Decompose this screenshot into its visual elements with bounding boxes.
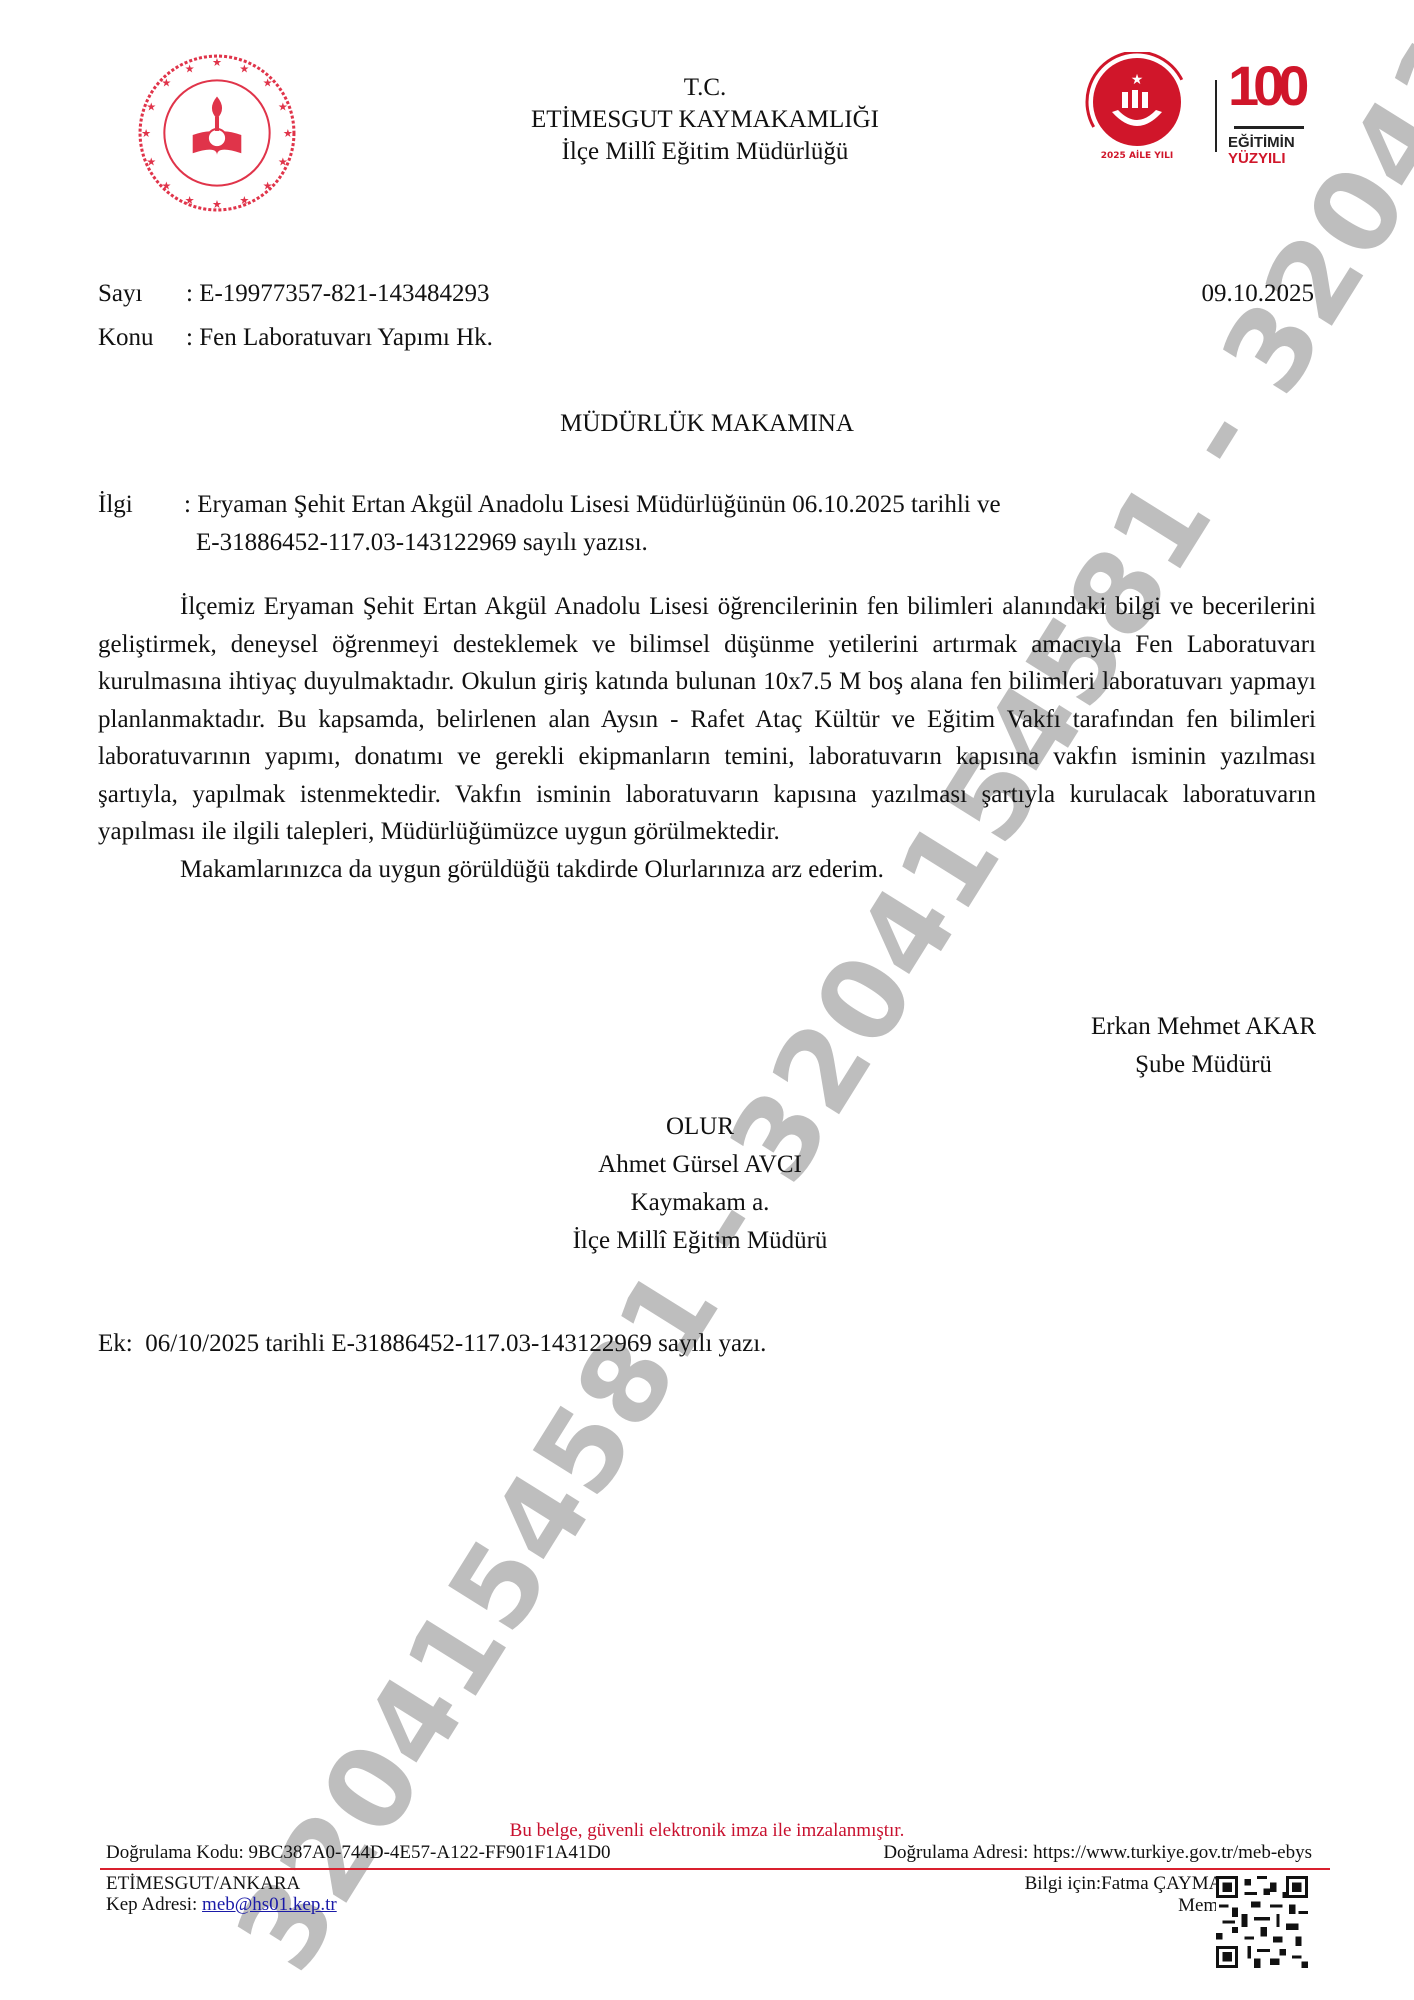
- signatory-title: Şube Müdürü: [1091, 1046, 1316, 1084]
- kep-address: Kep Adresi: meb@hs01.kep.tr: [106, 1894, 337, 1916]
- svg-text:★: ★: [239, 62, 249, 75]
- contact-info: Bilgi için:Fatma ÇAYMAZ Memur: [1025, 1873, 1234, 1917]
- svg-text:★: ★: [283, 127, 293, 140]
- svg-text:★: ★: [278, 101, 288, 114]
- ilgi-line1: : Eryaman Şehit Ertan Akgül Anadolu Lise…: [184, 491, 1001, 518]
- approval-olur: OLUR: [450, 1108, 950, 1146]
- svg-text:★: ★: [212, 56, 222, 69]
- document-date: 09.10.2025: [1202, 278, 1315, 310]
- logo-egitimin: EĞİTİMİN: [1228, 135, 1328, 151]
- qr-code-icon: [1216, 1876, 1308, 1968]
- konu-value: : Fen Laboratuvarı Yapımı Hk.: [186, 324, 493, 351]
- svg-text:★: ★: [263, 180, 273, 193]
- logo-divider: [1215, 80, 1217, 152]
- footer-city: ETİMESGUT/ANKARA: [106, 1873, 300, 1895]
- meb-seal-logo: ★ ★ ★ ★ ★ ★ ★ ★ ★ ★ ★ ★ ★ ★ ★ ★: [136, 52, 298, 214]
- ilgi-row: İlgi: Eryaman Şehit Ertan Akgül Anadolu …: [98, 489, 1001, 521]
- attachment-note: Ek: 06/10/2025 tarihli E-31886452-117.03…: [98, 1328, 766, 1360]
- konu-label: Konu: [98, 322, 186, 354]
- verification-address: Doğrulama Adresi: https://www.turkiye.go…: [883, 1842, 1312, 1864]
- signatory-name: Erkan Mehmet AKAR: [1091, 1008, 1316, 1046]
- svg-text:★: ★: [212, 198, 222, 211]
- kep-link[interactable]: meb@hs01.kep.tr: [202, 1894, 337, 1915]
- sayi-row: Sayı: E-19977357-821-143484293: [98, 278, 489, 310]
- signatory-block: Erkan Mehmet AKAR Şube Müdürü: [1091, 1008, 1316, 1084]
- body-paragraph: Makamlarınızca da uygun görüldüğü takdir…: [98, 851, 1316, 889]
- approver-title: İlçe Millî Eğitim Müdürü: [450, 1222, 950, 1260]
- contact-name: Bilgi için:Fatma ÇAYMAZ: [1025, 1873, 1234, 1895]
- svg-text:★: ★: [263, 76, 273, 89]
- logo-100: 100: [1228, 58, 1328, 114]
- svg-text:★: ★: [161, 76, 171, 89]
- verification-code: Doğrulama Kodu: 9BC387A0-744D-4E57-A122-…: [106, 1842, 611, 1864]
- svg-text:★: ★: [146, 155, 156, 168]
- svg-text:★: ★: [185, 62, 195, 75]
- aile-yili-logo: ★ 2025 AİLE YILI: [1082, 52, 1192, 162]
- egitimin-yuzyili-logo: 100 EĞİTİMİN YÜZYILI: [1228, 58, 1328, 178]
- approver-role: Kaymakam a.: [450, 1184, 950, 1222]
- svg-text:★: ★: [185, 194, 195, 207]
- konu-row: Konu: Fen Laboratuvarı Yapımı Hk.: [98, 322, 493, 354]
- svg-text:★: ★: [146, 101, 156, 114]
- sayi-label: Sayı: [98, 278, 186, 310]
- letterhead-tc: T.C.: [400, 72, 1010, 104]
- approval-block: OLUR Ahmet Gürsel AVCI Kaymakam a. İlçe …: [450, 1108, 950, 1260]
- body-paragraph: İlçemiz Eryaman Şehit Ertan Akgül Anadol…: [98, 588, 1316, 851]
- kep-label: Kep Adresi:: [106, 1894, 202, 1915]
- letterhead-institution: ETİMESGUT KAYMAKAMLIĞI: [400, 104, 1010, 136]
- logo-yuzyili: YÜZYILI: [1228, 151, 1328, 167]
- footer-divider: [100, 1868, 1330, 1870]
- svg-text:2025 AİLE YILI: 2025 AİLE YILI: [1101, 150, 1173, 161]
- letterhead: T.C. ETİMESGUT KAYMAKAMLIĞI İlçe Millî E…: [400, 72, 1010, 168]
- letterhead-department: İlçe Millî Eğitim Müdürlüğü: [400, 136, 1010, 168]
- letter-body: İlçemiz Eryaman Şehit Ertan Akgül Anadol…: [98, 588, 1316, 888]
- ilgi-label: İlgi: [98, 489, 184, 521]
- svg-text:★: ★: [239, 194, 249, 207]
- esign-notice: Bu belge, güvenli elektronik imza ile im…: [0, 1820, 1414, 1842]
- addressee: MÜDÜRLÜK MAKAMINA: [0, 408, 1414, 440]
- svg-text:★: ★: [161, 180, 171, 193]
- approver-name: Ahmet Gürsel AVCI: [450, 1146, 950, 1184]
- sayi-value: : E-19977357-821-143484293: [186, 280, 489, 307]
- svg-text:★: ★: [278, 155, 288, 168]
- svg-text:★: ★: [1131, 72, 1144, 88]
- contact-title: Memur: [1025, 1895, 1234, 1917]
- ilgi-line2: E-31886452-117.03-143122969 sayılı yazıs…: [196, 527, 648, 559]
- svg-text:★: ★: [141, 127, 151, 140]
